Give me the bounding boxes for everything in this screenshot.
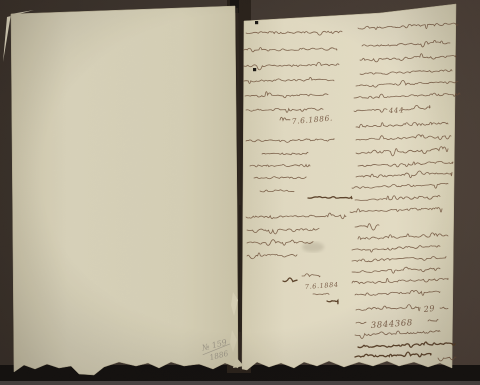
book-scan-svg: 7.6.1886.4442938443687.6.1884 № 159 1886	[0, 0, 480, 385]
archival-book-scan: 7.6.1886.4442938443687.6.1884 № 159 1886	[0, 0, 480, 385]
grain-overlay	[0, 0, 480, 385]
